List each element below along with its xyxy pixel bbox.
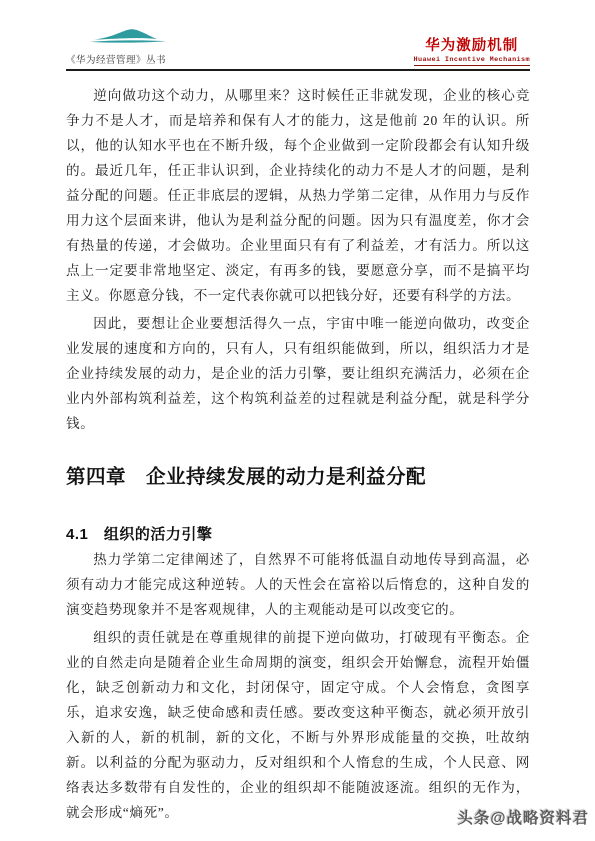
- header-left: 《华为经营管理》丛书: [66, 26, 168, 66]
- book-title-english: Huawei Incentive Mechanism: [414, 56, 530, 66]
- intro-paragraph-2: 因此，要想让企业要想活得久一点，宇宙中唯一能逆向做功，改变企业发展的速度和方向的…: [66, 311, 530, 436]
- page-header: 《华为经营管理》丛书 华为激励机制 Huawei Incentive Mecha…: [66, 26, 530, 66]
- intro-paragraph-1: 逆向做功这个动力，从哪里来？这时候任正非就发现，企业的核心竞争力不是人才，而是培…: [66, 83, 530, 308]
- header-right: 华为激励机制 Huawei Incentive Mechanism: [414, 34, 530, 66]
- book-title: 华为激励机制: [425, 34, 518, 55]
- publisher-logo-icon: [88, 26, 168, 51]
- series-label: 《华为经营管理》丛书: [66, 52, 166, 66]
- chapter-heading: 第四章 企业持续发展的动力是利益分配: [66, 465, 530, 490]
- section-paragraph-2: 组织的责任就是在尊重规律的前提下逆向做功，打破现有平衡态。企业的自然走向是随着企…: [66, 625, 530, 825]
- page-body: 逆向做功这个动力，从哪里来？这时候任正非就发现，企业的核心竞争力不是人才，而是培…: [66, 83, 530, 825]
- header-divider: [66, 69, 530, 71]
- watermark: 头条@战略资料君: [457, 806, 589, 828]
- section-heading: 4.1 组织的活力引擎: [66, 522, 530, 547]
- section-paragraph-1: 热力学第二定律阐述了，自然界不可能将低温自动地传导到高温，必须有动力才能完成这种…: [66, 547, 530, 622]
- document-page: 《华为经营管理》丛书 华为激励机制 Huawei Incentive Mecha…: [0, 0, 595, 841]
